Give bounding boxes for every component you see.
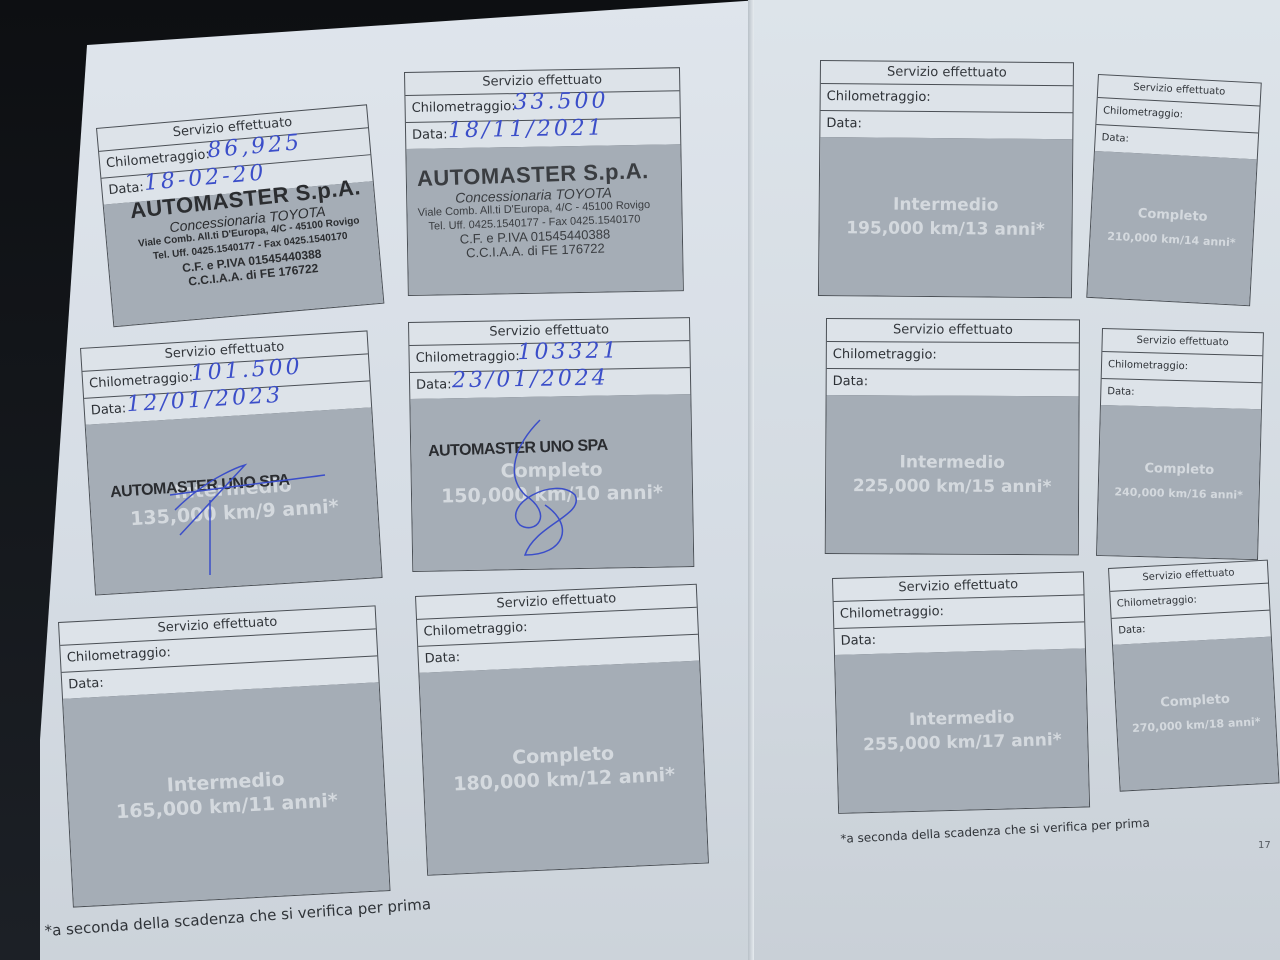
km-label: Chilometraggio:	[67, 645, 172, 665]
card-body: Completo 240,000 km/16 anni*	[1097, 405, 1261, 559]
card-body: Completo 150,000 km/10 anni*	[410, 394, 693, 571]
date-label: Data:	[1107, 386, 1135, 398]
card-body: Intermedio 195,000 km/13 anni*	[819, 137, 1072, 297]
service-interval: 150,000 km/10 anni*	[441, 481, 663, 509]
service-card-3: Servizio effettuato Chilometraggio:101.5…	[80, 330, 383, 595]
page-number: 17	[1258, 840, 1271, 851]
km-value: 103321	[517, 338, 619, 366]
service-type: Completo	[1160, 688, 1231, 716]
service-type: Intermedio	[899, 450, 1005, 475]
date-label: Data:	[840, 633, 876, 649]
service-card-5: Servizio effettuato Chilometraggio: Data…	[58, 605, 391, 907]
card-body: Completo 270,000 km/18 anni*	[1113, 637, 1278, 791]
date-row: Data:	[827, 369, 1079, 397]
km-value: 33.500	[513, 88, 608, 116]
service-card-9: Servizio effettuato Chilometraggio: Data…	[825, 318, 1080, 555]
date-label: Data:	[424, 650, 460, 667]
service-card-7: Servizio effettuato Chilometraggio: Data…	[818, 60, 1074, 298]
card-body: Completo 180,000 km/12 anni*	[419, 661, 708, 875]
km-row: Chilometraggio:	[821, 84, 1073, 113]
date-label: Data:	[108, 180, 145, 198]
date-value: 18/11/2021	[448, 116, 605, 145]
service-card-11: Servizio effettuato Chilometraggio: Data…	[832, 571, 1090, 814]
service-card-8: Servizio effettuato Chilometraggio: Data…	[1086, 74, 1261, 306]
card-header: Servizio effettuato	[821, 61, 1073, 86]
service-card-12: Servizio effettuato Chilometraggio: Data…	[1108, 560, 1280, 792]
service-interval: 270,000 km/18 anni*	[1132, 710, 1262, 741]
service-interval: 210,000 km/14 anni*	[1107, 225, 1237, 256]
booklet-spine	[748, 0, 754, 960]
service-type: Completo	[500, 458, 602, 484]
card-header: Servizio effettuato	[827, 319, 1079, 343]
service-interval: 135,000 km/9 anni*	[129, 495, 339, 532]
km-label: Chilometraggio:	[1103, 105, 1183, 120]
card-body: Intermedio 165,000 km/11 anni*	[63, 682, 389, 906]
card-body: Intermedio 225,000 km/15 anni*	[826, 395, 1079, 554]
date-label: Data:	[1118, 624, 1146, 636]
km-label: Chilometraggio:	[833, 347, 937, 363]
date-label: Data:	[826, 116, 862, 131]
date-label: Data:	[90, 401, 126, 418]
date-label: Data:	[1101, 132, 1129, 144]
card-body: Intermedio 255,000 km/17 anni*	[835, 648, 1089, 812]
service-type: Intermedio	[893, 193, 999, 218]
service-interval: 165,000 km/11 anni*	[115, 789, 338, 825]
date-row: Data:	[820, 111, 1072, 140]
km-label: Chilometraggio:	[840, 604, 944, 622]
service-card-10: Servizio effettuato Chilometraggio: Data…	[1096, 328, 1264, 560]
date-label: Data:	[412, 127, 448, 143]
service-type: Completo	[1144, 457, 1214, 483]
service-interval: 240,000 km/16 anni*	[1114, 480, 1243, 507]
service-interval: 180,000 km/12 anni*	[453, 763, 676, 797]
km-label: Chilometraggio:	[416, 349, 520, 366]
date-value: 23/01/2024	[452, 366, 609, 395]
service-card-6: Servizio effettuato Chilometraggio: Data…	[415, 584, 709, 876]
card-body: Intermedio 135,000 km/9 anni*	[86, 407, 382, 594]
km-row: Chilometraggio:	[1102, 352, 1263, 383]
km-label: Chilometraggio:	[1108, 359, 1188, 372]
km-label: Chilometraggio:	[423, 620, 528, 640]
service-type: Completo	[1137, 202, 1208, 230]
date-label: Data:	[833, 374, 868, 389]
date-label: Data:	[68, 676, 104, 693]
service-type: Intermedio	[909, 705, 1015, 732]
km-label: Chilometraggio:	[827, 89, 931, 105]
service-interval: 225,000 km/15 anni*	[853, 474, 1052, 499]
service-interval: 195,000 km/13 anni*	[846, 216, 1045, 242]
dealer-stamp-2: AUTOMASTER S.p.A. Concessionaria TOYOTA …	[372, 156, 695, 263]
km-label: Chilometraggio:	[412, 99, 516, 116]
km-value: 101.500	[190, 354, 303, 387]
service-interval: 255,000 km/17 anni*	[863, 728, 1062, 757]
km-label: Chilometraggio:	[1117, 594, 1197, 609]
card-body: Completo 210,000 km/14 anni*	[1087, 151, 1256, 305]
km-row: Chilometraggio:	[827, 342, 1079, 370]
date-label: Data:	[416, 377, 452, 393]
